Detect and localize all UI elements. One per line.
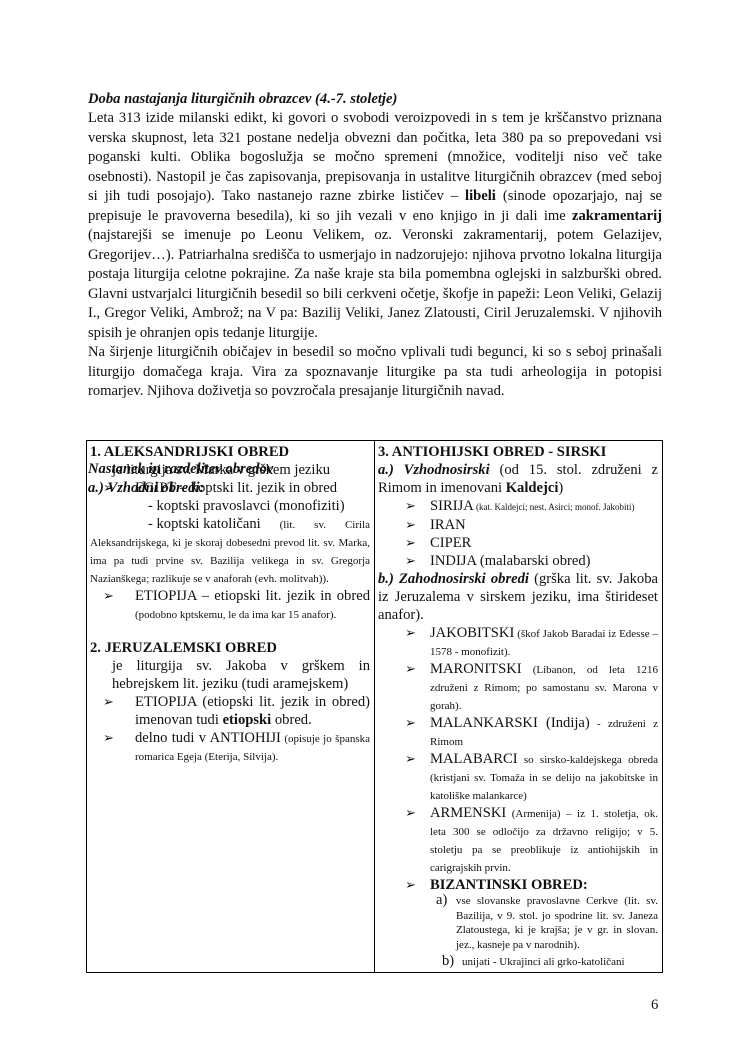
term-zakramentarij: zakramentarij (572, 208, 662, 224)
list-item: ➢EGIPT – koptski lit. jezik in obred (90, 479, 370, 497)
table-cell-left: 1. ALEKSANDRIJSKI OBRED je liturgija sv.… (87, 441, 375, 973)
arrow-bullet-icon: ➢ (405, 516, 416, 534)
lettered-item-a: a)vse slovanske pravoslavne Cerkve (lit.… (378, 894, 658, 952)
list-item: ➢SIRIJA (kat. Kaldejci; nest. Asirci; mo… (378, 497, 658, 516)
subtype-label: a.) Vzhodnosirski (378, 462, 490, 478)
arrow-bullet-icon: ➢ (405, 660, 416, 678)
text: ) (558, 480, 563, 496)
arrow-bullet-icon: ➢ (405, 552, 416, 570)
item-note: (kat. Kaldejci; nest. Asirci; monof. Jak… (474, 502, 635, 512)
paragraph-begunci: Na širjenje liturgičnih običajev in bese… (88, 343, 662, 402)
item-text: ETIOPIJA – etiopski lit. jezik in obred (135, 588, 370, 604)
list-item: ➢MALANKARSKI (Indija) - združeni z Rimom (378, 714, 658, 750)
list-item: ➢ARMENSKI (Armenija) – iz 1. stoletja, o… (378, 804, 658, 876)
paragraph-edikt: Leta 313 izide milanski edikt, ki govori… (88, 109, 662, 343)
arrow-bullet-icon: ➢ (103, 729, 114, 747)
item-text: MALABARCI (430, 751, 518, 767)
term-libeli: libeli (465, 188, 496, 204)
item-text: ARMENSKI (430, 805, 506, 821)
page-number: 6 (651, 997, 658, 1014)
list-item: ➢CIPER (378, 534, 658, 552)
item-text: - koptski katoličani (90, 515, 261, 533)
item-text: SIRIJA (430, 498, 474, 514)
zahodnosirski-list: ➢JAKOBITSKI (škof Jakob Baradai iz Edess… (378, 624, 658, 876)
item-text: MARONITSKI (430, 661, 522, 677)
item-text: EGIPT – koptski lit. jezik in obred (135, 480, 337, 496)
rite-title-antiohijski: 3. ANTIOHIJSKI OBRED - SIRSKI (378, 443, 658, 461)
rite-title-aleksandrijski: 1. ALEKSANDRIJSKI OBRED (90, 443, 370, 461)
list-item: ➢IRAN (378, 516, 658, 534)
arrow-bullet-icon: ➢ (103, 587, 114, 605)
list-item: ➢JAKOBITSKI (škof Jakob Baradai iz Edess… (378, 624, 658, 660)
arrow-bullet-icon: ➢ (405, 534, 416, 552)
arrow-bullet-icon: ➢ (405, 876, 416, 894)
document-page: Doba nastajanja liturgičnih obrazcev (4.… (88, 90, 662, 498)
text: (najstarejši se imenuje po Leonu Velikem… (88, 227, 662, 341)
item-text: obred. (271, 712, 312, 728)
rite-title-jeruzalemski: 2. JERUZALEMSKI OBRED (90, 639, 370, 657)
item-note: (podobno kptskemu, le da ima kar 15 anaf… (135, 609, 336, 621)
item-text: vse slovanske pravoslavne Cerkve (lit. s… (456, 895, 658, 951)
term-kaldejci: Kaldejci (506, 480, 559, 496)
subtype-label: b.) Zahodnosirski obredi (378, 571, 529, 587)
rite-intro: je liturgija sv. Marka v grškem jeziku (90, 461, 370, 479)
arrow-bullet-icon: ➢ (103, 479, 114, 497)
arrow-bullet-icon: ➢ (405, 804, 416, 822)
vzhodnosirski-list: ➢SIRIJA (kat. Kaldejci; nest. Asirci; mo… (378, 497, 658, 570)
sub-item: - koptski pravoslavci (monofiziti) (90, 497, 370, 515)
item-text: JAKOBITSKI (430, 625, 514, 641)
item-text: delno tudi v ANTIOHIJI (135, 730, 281, 746)
arrow-bullet-icon: ➢ (405, 497, 416, 515)
item-text: CIPER (430, 535, 471, 551)
arrow-bullet-icon: ➢ (405, 624, 416, 642)
item-title: BIZANTINSKI OBRED: (430, 877, 588, 893)
list-item: ➢delno tudi v ANTIOHIJI (opisuje jo špan… (90, 729, 370, 765)
item-text: MALANKARSKI (Indija) (430, 715, 590, 731)
zahodnosirski-intro: b.) Zahodnosirski obredi (grška lit. sv.… (378, 570, 658, 624)
arrow-bullet-icon: ➢ (405, 714, 416, 732)
vzhodnosirski-intro: a.) Vzhodnosirski (od 15. stol. združeni… (378, 461, 658, 497)
list-item: ➢MALABARCI so sirsko-kaldejskega obreda … (378, 750, 658, 804)
list-item: ➢INDIJA (malabarski obred) (378, 552, 658, 570)
item-text: IRAN (430, 517, 466, 533)
item-letter: b) (442, 954, 454, 969)
table-cell-right: 3. ANTIOHIJSKI OBRED - SIRSKI a.) Vzhodn… (375, 441, 663, 973)
rites-table: 1. ALEKSANDRIJSKI OBRED je liturgija sv.… (86, 440, 663, 973)
arrow-bullet-icon: ➢ (103, 693, 114, 711)
sub-item-note: - koptski katoličani (lit. sv. Cirila Al… (90, 515, 370, 587)
rite-intro: je liturgija sv. Jakoba v grškem in hebr… (90, 657, 370, 693)
lettered-item-b: b)unijati - Ukrajinci ali grko-katoličan… (378, 955, 658, 970)
list-item: ➢ETIOPIJA – etiopski lit. jezik in obred… (90, 587, 370, 623)
list-item-bizantinski: ➢BIZANTINSKI OBRED: (378, 876, 658, 894)
item-letter: a) (436, 893, 447, 908)
list-item: ➢MARONITSKI (Libanon, od leta 1216 združ… (378, 660, 658, 714)
item-text: unijati - Ukrajinci ali grko-katoličani (462, 956, 625, 968)
item-text: INDIJA (malabarski obred) (430, 553, 590, 569)
arrow-bullet-icon: ➢ (405, 750, 416, 768)
list-item: ➢ETIOPIJA (etiopski lit. jezik in obred)… (90, 693, 370, 729)
item-bold: etiopski (223, 712, 272, 728)
section-heading-doba: Doba nastajanja liturgičnih obrazcev (4.… (88, 90, 662, 109)
